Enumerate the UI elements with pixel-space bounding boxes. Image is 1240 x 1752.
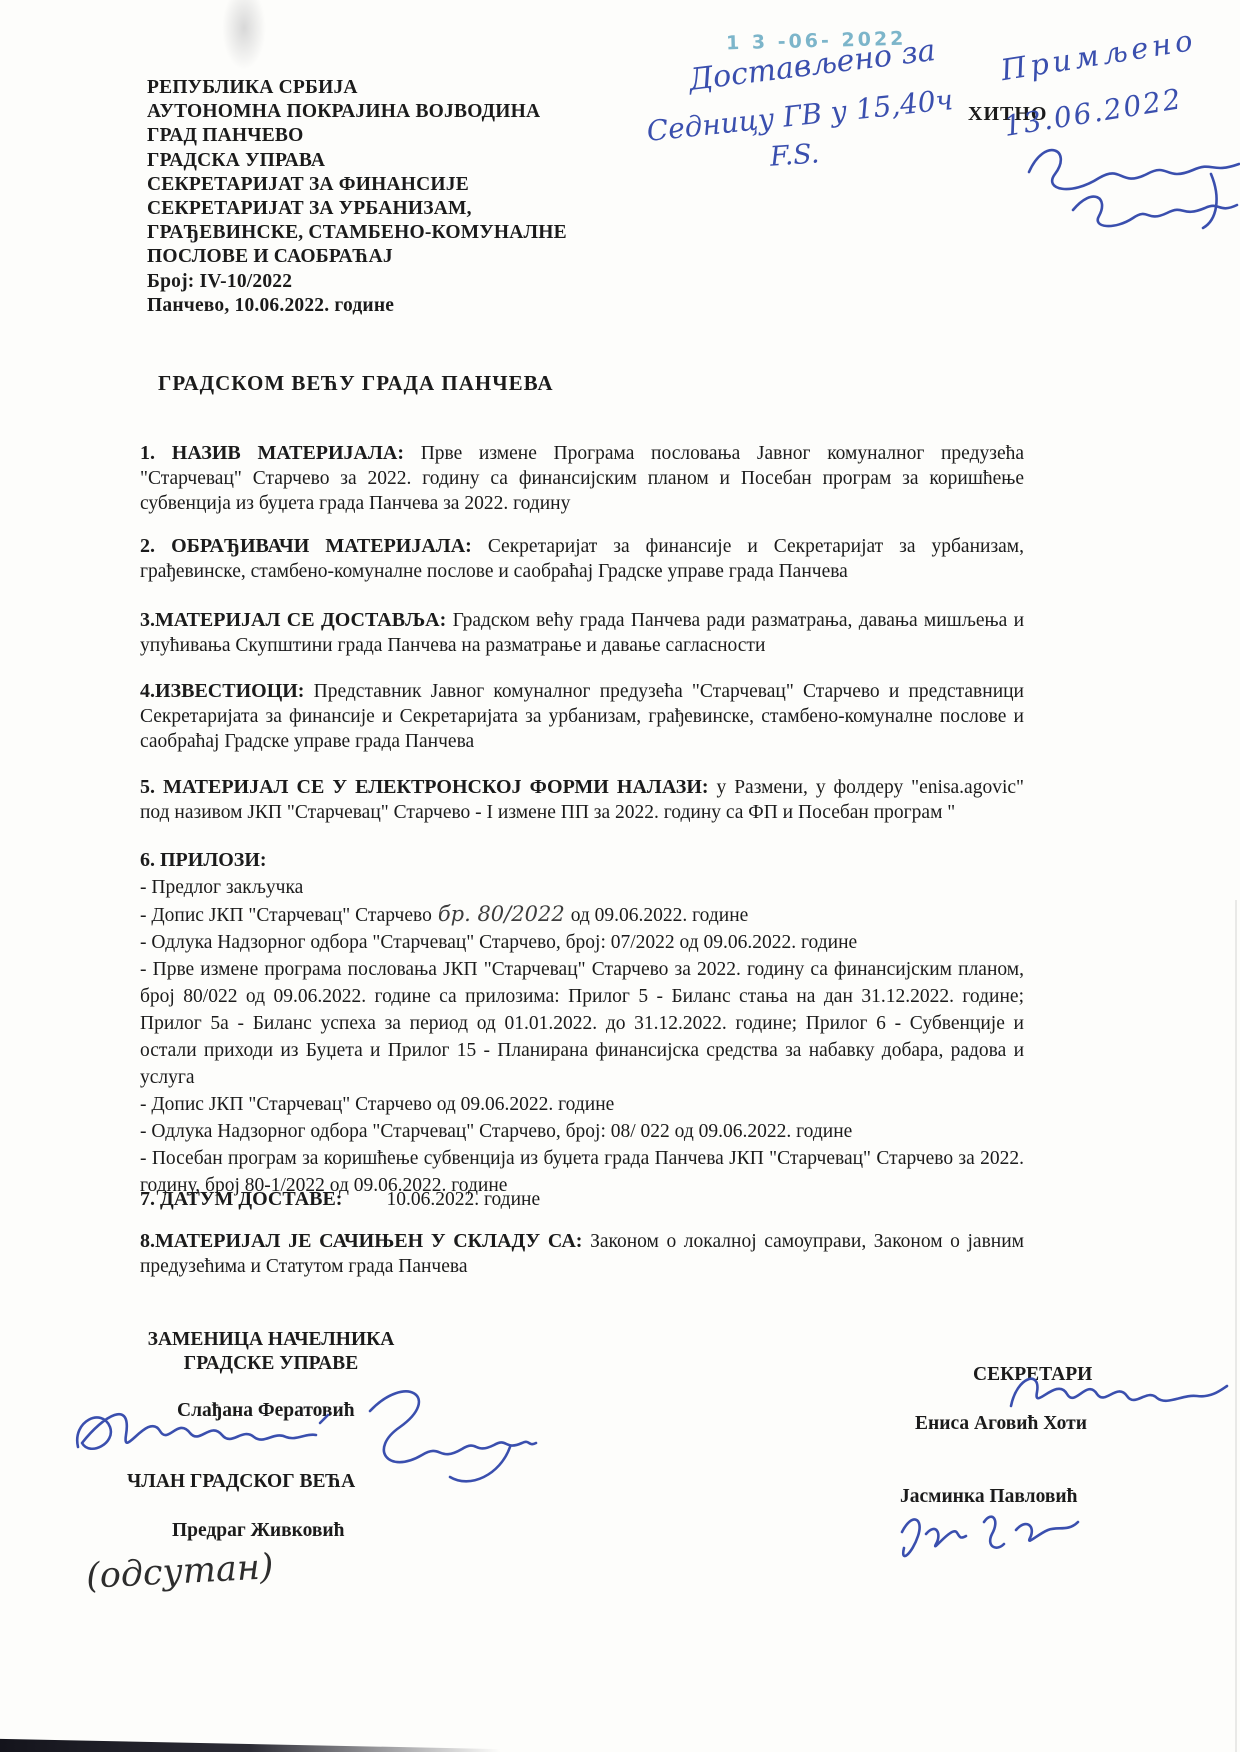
section-naziv-materijala: 1. НАЗИВ МАТЕРИЈАЛА: Прве измене Програм…: [140, 441, 1024, 516]
section-datum-dostave: 7. ДАТУМ ДОСТАВЕ:10.06.2022. године: [140, 1188, 540, 1211]
scan-smudge: [222, 0, 266, 70]
attachment-item: - Одлука Надзорног одбора "Старчевац" Ст…: [140, 1118, 1024, 1145]
letterhead-line: СЕКРЕТАРИЈАТ ЗА УРБАНИЗАМ,: [147, 197, 567, 221]
section-elektronska-forma: 5. МАТЕРИЈАЛ СЕ У ЕЛЕКТРОНСКОЈ ФОРМИ НАЛ…: [140, 775, 1024, 825]
letterhead-line: СЕКРЕТАРИЈАТ ЗА ФИНАНСИЈЕ: [147, 173, 567, 197]
attachments-heading: 6. ПРИЛОЗИ:: [140, 847, 1024, 874]
section-label: 3.МАТЕРИЈАЛ СЕ ДОСТАВЉА:: [140, 609, 446, 631]
handwritten-attachment-number: бр. 80/2022: [438, 902, 565, 926]
secretary-name-1: Ениса Аговић Хоти: [915, 1413, 1087, 1435]
attachment-item: - Прве измене програма пословања ЈКП "Ст…: [140, 956, 1024, 1091]
attachment-item: - Предлог закључка: [140, 874, 1024, 901]
section-prilozi: 6. ПРИЛОЗИ: - Предлог закључка - Допис Ј…: [140, 847, 1024, 1199]
deputy-chief-title-line2: ГРАДСКЕ УПРАВЕ: [140, 1352, 402, 1376]
letterhead-line: ГРАЂЕВИНСКЕ, СТАМБЕНО-КОМУНАЛНЕ: [147, 221, 567, 245]
attachment-item-text: - Допис ЈКП "Старчевац" Старчево: [140, 905, 432, 926]
letterhead-line: РЕПУБЛИКА СРБИЈА: [147, 76, 567, 100]
letterhead-line: АУТОНОМНА ПОКРАЈИНА ВОЈВОДИНА: [147, 100, 567, 124]
document-place-date: Панчево, 10.06.2022. године: [147, 294, 567, 318]
document-number: Број: IV-10/2022: [147, 270, 567, 294]
attachment-item: - Одлука Надзорног одбора "Старчевац" Ст…: [140, 929, 1024, 956]
scan-bottom-shadow: [0, 1736, 500, 1752]
letterhead-line: ГРАД ПАНЧЕВО: [147, 124, 567, 148]
delivery-date: 10.06.2022. године: [386, 1189, 540, 1210]
attachment-item: - Допис ЈКП "Старчевац" Старчевобр. 80/2…: [140, 901, 1024, 929]
section-izvestioci: 4.ИЗВЕСТИОЦИ: Представник Јавног комунал…: [140, 679, 1024, 754]
letterhead: РЕПУБЛИКА СРБИЈА АУТОНОМНА ПОКРАЈИНА ВОЈ…: [147, 76, 567, 318]
handwritten-received-word: Примљено: [999, 23, 1199, 87]
section-sklad-sa: 8.МАТЕРИЈАЛ ЈЕ САЧИЊЕН У СКЛАДУ СА: Зако…: [140, 1229, 1024, 1279]
section-label: 1. НАЗИВ МАТЕРИЈАЛА:: [140, 442, 404, 464]
attachment-item-text: од 09.06.2022. године: [571, 905, 749, 926]
deputy-chief-title: ЗАМЕНИЦА НАЧЕЛНИКА ГРАДСКЕ УПРАВЕ: [140, 1328, 402, 1376]
delivery-label: 7. ДАТУМ ДОСТАВЕ:: [140, 1188, 342, 1210]
council-member-title: ЧЛАН ГРАДСКОГ ВЕЋА: [127, 1471, 355, 1493]
council-member-name: Предраг Живковић: [172, 1520, 345, 1542]
addressee-title: ГРАДСКОМ ВЕЋУ ГРАДА ПАНЧЕВА: [158, 371, 554, 396]
section-label: 2. ОБРАЂИВАЧИ МАТЕРИЈАЛА:: [140, 535, 472, 557]
section-label: 8.МАТЕРИЈАЛ ЈЕ САЧИЊЕН У СКЛАДУ СА:: [140, 1230, 582, 1252]
section-label: 5. МАТЕРИЈАЛ СЕ У ЕЛЕКТРОНСКОЈ ФОРМИ НАЛ…: [140, 776, 709, 798]
handwritten-initials: F.S.: [769, 138, 820, 172]
section-dostavlja: 3.МАТЕРИЈАЛ СЕ ДОСТАВЉА: Градском већу г…: [140, 608, 1024, 658]
signature-pavlovic: [888, 1504, 1093, 1570]
attachment-item: - Допис ЈКП "Старчевац" Старчево од 09.0…: [140, 1091, 1024, 1118]
scan-edge-line: [1235, 900, 1237, 1752]
letterhead-line: ПОСЛОВЕ И САОБРАЋАЈ: [147, 245, 567, 269]
section-label: 4.ИЗВЕСТИОЦИ:: [140, 680, 304, 702]
scanned-document-page: 1 3 -06- 2022 Достављено за Седницу ГВ у…: [0, 0, 1240, 1752]
deputy-chief-title-line1: ЗАМЕНИЦА НАЧЕЛНИКА: [140, 1328, 402, 1352]
letterhead-line: ГРАДСКА УПРАВА: [147, 149, 567, 173]
received-signature: [1015, 128, 1240, 233]
handwritten-absent-note: (одсутан): [85, 1547, 274, 1597]
section-obradjivaci: 2. ОБРАЂИВАЧИ МАТЕРИЈАЛА: Секретаријат з…: [140, 534, 1024, 584]
